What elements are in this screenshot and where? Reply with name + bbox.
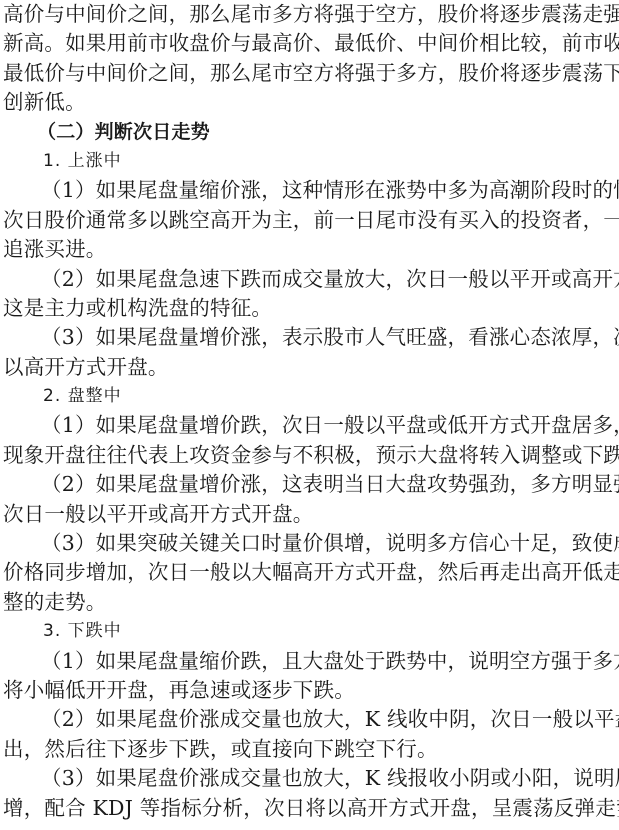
- paragraph-item: （3）如果尾盘价涨成交量也放大，K 线报收小阴或小阳，说明尾盘量价俱 增，配合 …: [3, 764, 617, 823]
- paragraph-item: （2）如果尾盘急速下跌而成交量放大，次日一般以平开或高开方式开盘， 这是主力或机…: [3, 265, 617, 324]
- text-line: 这是主力或机构洗盘的特征。: [3, 294, 617, 323]
- text-line: 新高。如果用前市收盘价与最高价、最低价、中间价相比较，前市收盘价在: [3, 29, 617, 58]
- text-line: 增，配合 KDJ 等指标分析，次日将以高开方式开盘，呈震荡反弹走势。: [3, 794, 617, 823]
- paragraph-item: （2）如果尾盘价涨成交量也放大，K 线收中阴，次日一般以平盘方式开 出，然后往下…: [3, 705, 617, 764]
- text-line: 最低价与中间价之间，那么尾市空方将强于多方，股价将逐步震荡下挫或再: [3, 59, 617, 88]
- subsection-title: 3. 下跌中: [3, 617, 617, 646]
- paragraph-item: （1）如果尾盘量缩价跌，且大盘处于跌势中，说明空方强于多方，次日 将小幅低开开盘…: [3, 647, 617, 706]
- text-line: （1）如果尾盘量缩价跌，且大盘处于跌势中，说明空方强于多方，次日: [3, 647, 617, 676]
- text-line: （2）如果尾盘量增价涨，这表明当日大盘攻势强劲，多方明显强于空方，: [3, 470, 617, 499]
- subsection-rising: 1. 上涨中 （1）如果尾盘量缩价涨，这种情形在涨势中多为高潮阶段时的惜售现象，…: [3, 147, 617, 382]
- section-heading: （二）判断次日走势: [3, 118, 617, 147]
- text-line: （3）如果突破关键关口时量价俱增，说明多方信心十足，致使成交量与: [3, 529, 617, 558]
- text-line: 价格同步增加，次日一般以大幅高开方式开盘，然后再走出高开低走回档盘: [3, 558, 617, 587]
- text-line: 出，然后往下逐步下跌，或直接向下跳空下行。: [3, 735, 617, 764]
- subsection-title: 2. 盘整中: [3, 382, 617, 411]
- text-line: 次日一般以平开或高开方式开盘。: [3, 500, 617, 529]
- paragraph-item: （3）如果突破关键关口时量价俱增，说明多方信心十足，致使成交量与 价格同步增加，…: [3, 529, 617, 617]
- paragraph-item: （1）如果尾盘量增价跌，次日一般以平盘或低开方式开盘居多，以这种 现象开盘往往代…: [3, 411, 617, 470]
- text-line: 创新低。: [3, 88, 617, 117]
- text-line: 将小幅低开开盘，再急速或逐步下跌。: [3, 676, 617, 705]
- text-line: 整的走势。: [3, 588, 617, 617]
- text-line: （2）如果尾盘价涨成交量也放大，K 线收中阴，次日一般以平盘方式开: [3, 705, 617, 734]
- text-line: 次日股价通常多以跳空高开为主，前一日尾市没有买入的投资者，一般多会: [3, 206, 617, 235]
- document-page: 高价与中间价之间，那么尾市多方将强于空方，股价将逐步震荡走强或再创 新高。如果用…: [0, 0, 619, 823]
- text-line: 高价与中间价之间，那么尾市多方将强于空方，股价将逐步震荡走强或再创: [3, 0, 617, 29]
- subsection-falling: 3. 下跌中 （1）如果尾盘量缩价跌，且大盘处于跌势中，说明空方强于多方，次日 …: [3, 617, 617, 823]
- paragraph-item: （1）如果尾盘量缩价涨，这种情形在涨势中多为高潮阶段时的惜售现象， 次日股价通常…: [3, 176, 617, 264]
- text-line: 追涨买进。: [3, 235, 617, 264]
- subsection-consolidation: 2. 盘整中 （1）如果尾盘量增价跌，次日一般以平盘或低开方式开盘居多，以这种 …: [3, 382, 617, 617]
- paragraph-item: （3）如果尾盘量增价涨，表示股市人气旺盛，看涨心态浓厚，次日一般 以高开方式开盘…: [3, 323, 617, 382]
- text-line: （3）如果尾盘量增价涨，表示股市人气旺盛，看涨心态浓厚，次日一般: [3, 323, 617, 352]
- paragraph-item: （2）如果尾盘量增价涨，这表明当日大盘攻势强劲，多方明显强于空方， 次日一般以平…: [3, 470, 617, 529]
- intro-paragraph: 高价与中间价之间，那么尾市多方将强于空方，股价将逐步震荡走强或再创 新高。如果用…: [3, 0, 617, 118]
- text-line: （1）如果尾盘量缩价涨，这种情形在涨势中多为高潮阶段时的惜售现象，: [3, 176, 617, 205]
- subsection-title: 1. 上涨中: [3, 147, 617, 176]
- text-line: 现象开盘往往代表上攻资金参与不积极，预示大盘将转入调整或下跌阶段。: [3, 441, 617, 470]
- text-line: （1）如果尾盘量增价跌，次日一般以平盘或低开方式开盘居多，以这种: [3, 411, 617, 440]
- text-line: （3）如果尾盘价涨成交量也放大，K 线报收小阴或小阳，说明尾盘量价俱: [3, 764, 617, 793]
- text-line: 以高开方式开盘。: [3, 353, 617, 382]
- text-line: （2）如果尾盘急速下跌而成交量放大，次日一般以平开或高开方式开盘，: [3, 265, 617, 294]
